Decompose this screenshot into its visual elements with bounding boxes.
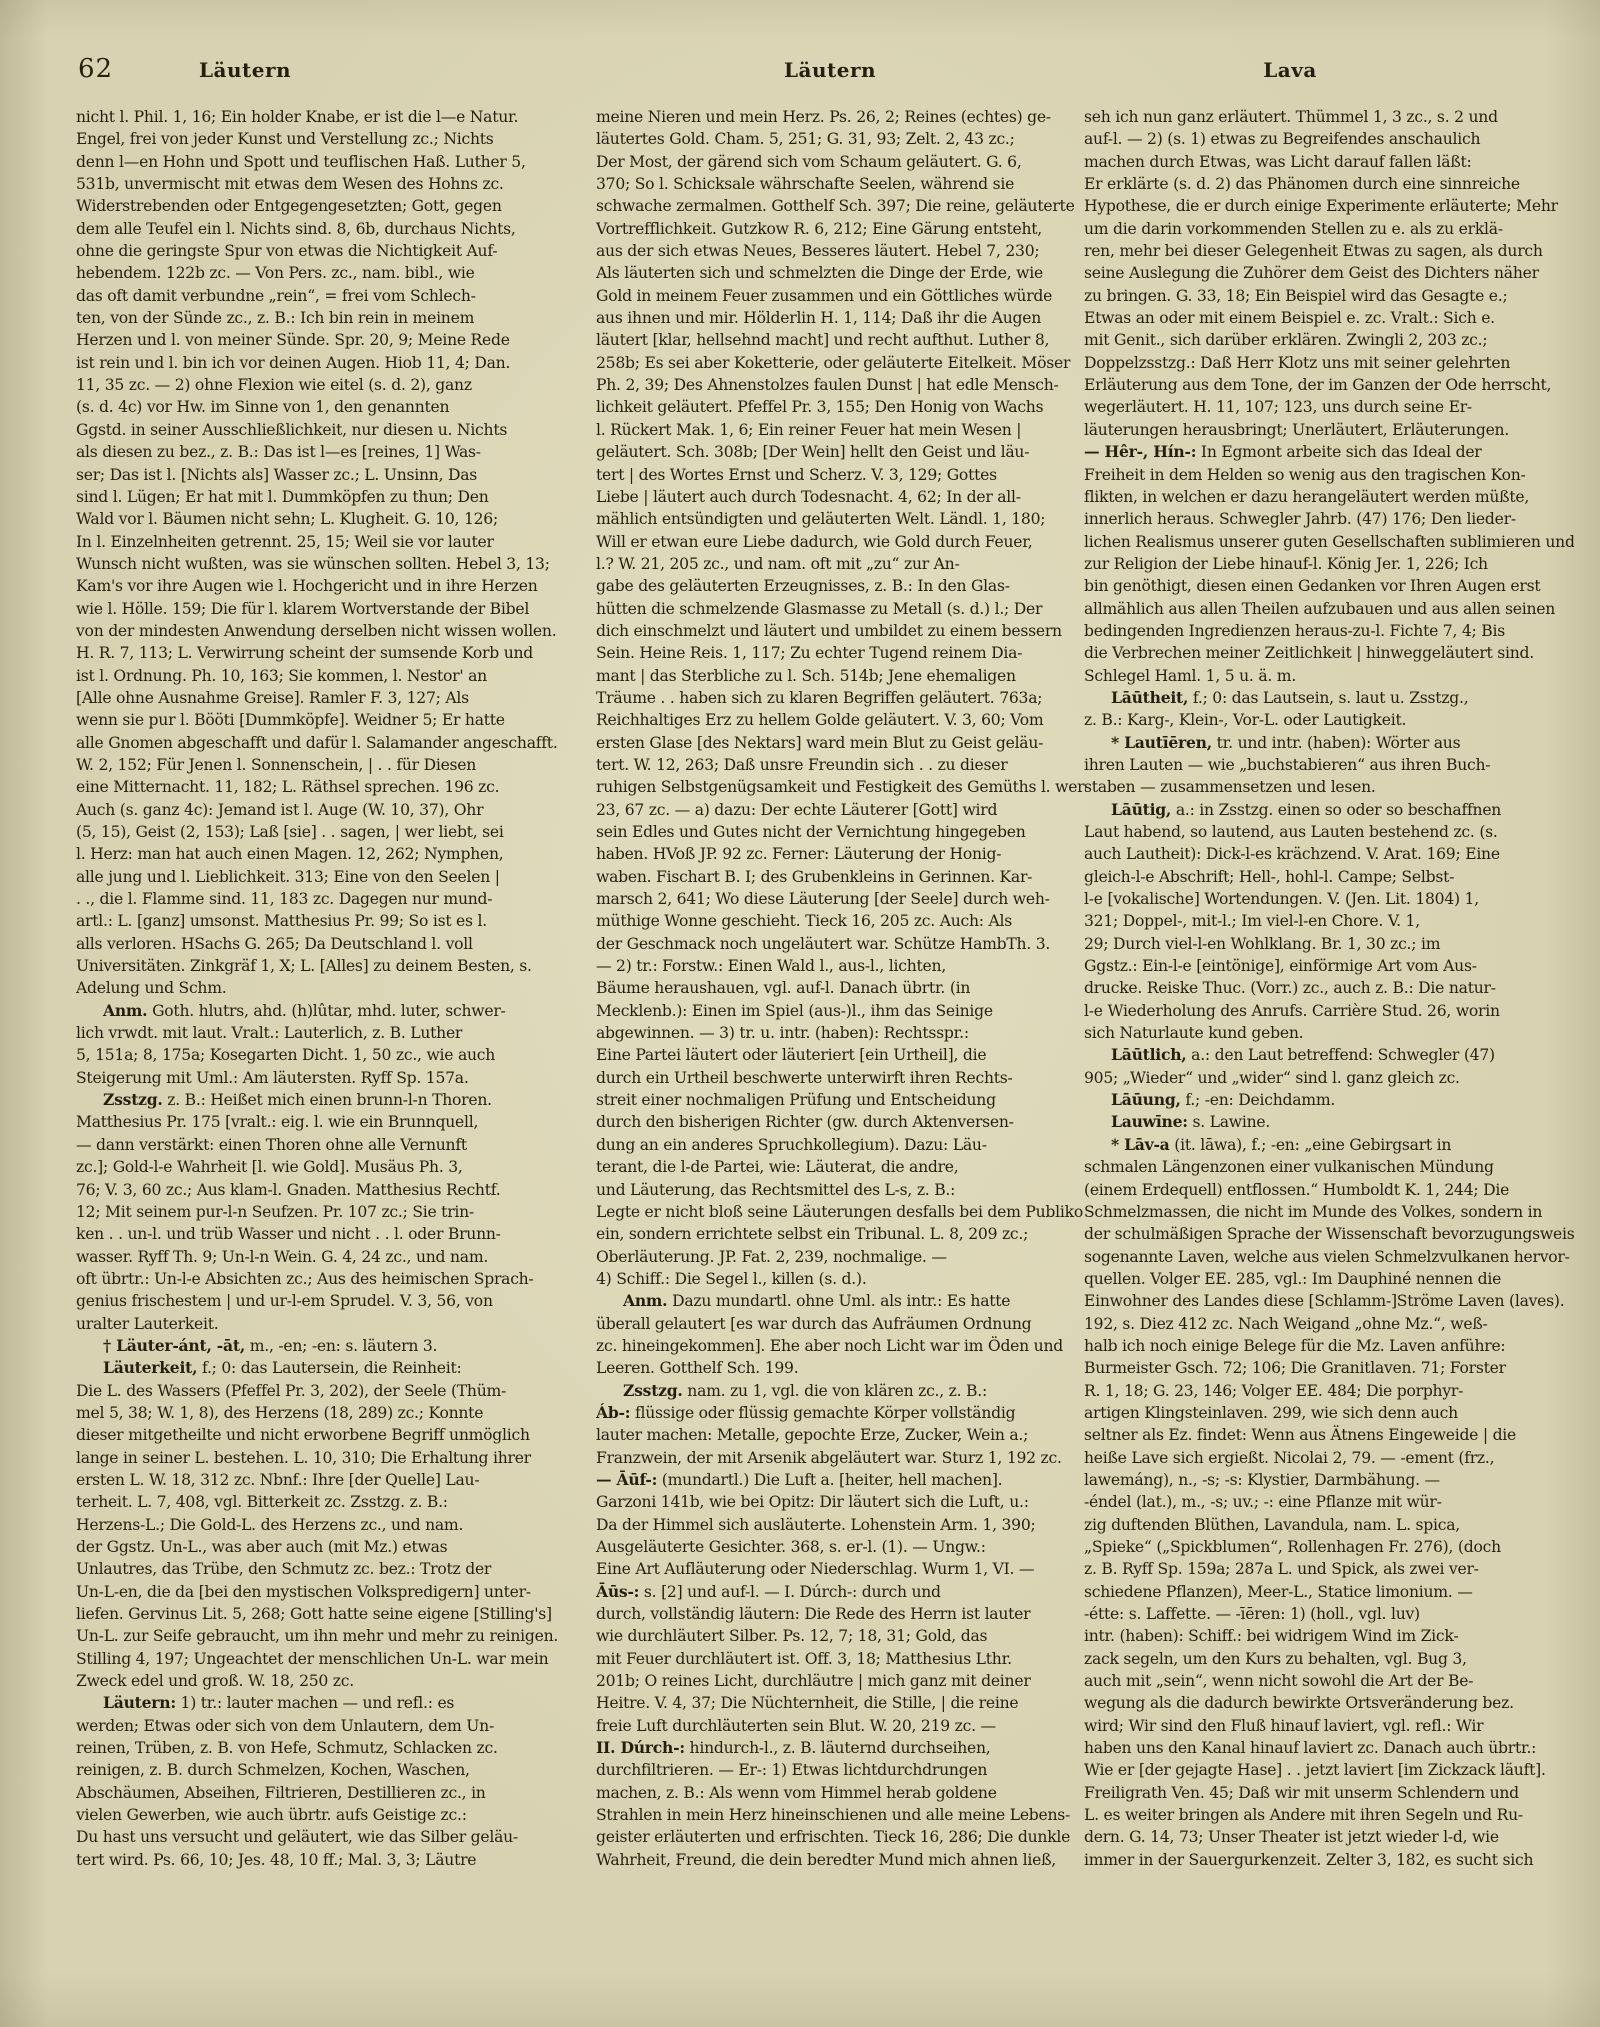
text-line: z. B. Ryff Sp. 159a; 287a L. und Spick, … [1084,1558,1574,1580]
text-line: ken . . un-l. und trüb Wasser und nicht … [76,1223,566,1245]
text-line: abgewinnen. — 3) tr. u. intr. (haben): R… [596,1022,1086,1044]
text-line: intr. (haben): Schiff.: bei widrigem Win… [1084,1625,1574,1647]
text-line: das oft damit verbundne „rein“, = frei v… [76,285,566,307]
text-line: alls verloren. HSachs G. 265; Da Deutsch… [76,933,566,955]
text-line: l-e [vokalische] Wortendungen. V. (Jen. … [1084,888,1574,910]
text-line: wegung als die dadurch bewirkte Ortsverä… [1084,1692,1574,1714]
text-line: läutert [klar, hellsehnd macht] und rech… [596,329,1086,351]
text-line: Widerstrebenden oder Entgegengesetzten; … [76,195,566,217]
text-line: 12; Mit seinem pur-l-n Seufzen. Pr. 107 … [76,1201,566,1223]
text-line: Erläuterung aus dem Tone, der im Ganzen … [1084,374,1574,396]
text-line: haben uns den Kanal hinauf laviert zc. D… [1084,1737,1574,1759]
text-line: uralter Lauterkeit. [76,1313,566,1335]
text-line: l-e Wiederholung des Anrufs. Carrière St… [1084,1000,1574,1022]
text-line: schiedene Pflanzen), Meer-L., Statice li… [1084,1581,1574,1603]
text-line: eine Mitternacht. 11, 182; L. Räthsel sp… [76,776,566,798]
text-line: terant, die l-de Partei, wie: Läuterat, … [596,1156,1086,1178]
text-line: schwache zermalmen. Gotthelf Sch. 397; D… [596,195,1086,217]
text-line: Du hast uns versucht und geläutert, wie … [76,1826,566,1848]
text-line: Etwas an oder mit einem Beispiel e. zc. … [1084,307,1574,329]
text-line: Ph. 2, 39; Des Ahnenstolzes faulen Dunst… [596,374,1086,396]
text-line: Lāūtlich, a.: den Laut betreffend: Schwe… [1084,1044,1574,1066]
text-line: sein Edles und Gutes nicht der Vernichtu… [596,821,1086,843]
text-column: nicht l. Phil. 1, 16; Ein holder Knabe, … [76,106,566,1871]
text-line: liefen. Gervinus Lit. 5, 268; Gott hatte… [76,1603,566,1625]
text-line: wenn sie pur l. Bööti [Dummköpfe]. Weidn… [76,709,566,731]
text-line: Lāūung, f.; -en: Deichdamm. [1084,1089,1574,1111]
text-line: Die L. des Wassers (Pfeffel Pr. 3, 202),… [76,1380,566,1402]
text-line: — 2) tr.: Forstw.: Einen Wald l., aus-l.… [596,955,1086,977]
text-line: nicht l. Phil. 1, 16; Ein holder Knabe, … [76,106,566,128]
text-line: lauter machen: Metalle, gepochte Erze, Z… [596,1424,1086,1446]
text-line: Ausgeläuterte Gesichter. 368, s. er-l. (… [596,1536,1086,1558]
text-line: Läutern: 1) tr.: lauter machen — und ref… [76,1692,566,1714]
text-line: Gold in meinem Feuer zusammen und ein Gö… [596,285,1086,307]
text-line: tert wird. Ps. 66, 10; Jes. 48, 10 ff.; … [76,1849,566,1871]
text-line: Da der Himmel sich ausläuterte. Lohenste… [596,1514,1086,1536]
text-line: Herzen und l. von meiner Sünde. Spr. 20,… [76,329,566,351]
text-line: Matthesius Pr. 175 [vralt.: eig. l. wie … [76,1111,566,1133]
text-line: durch, vollständig läutern: Die Rede des… [596,1603,1086,1625]
text-line: Strahlen in mein Herz hineinschienen und… [596,1804,1086,1826]
text-line: R. 1, 18; G. 23, 146; Volger EE. 484; Di… [1084,1380,1574,1402]
text-line: Universitäten. Zinkgräf 1, X; L. [Alles]… [76,955,566,977]
text-line: müthige Wonne geschieht. Tieck 16, 205 z… [596,910,1086,932]
text-line: wie l. Hölle. 159; Die für l. klarem Wor… [76,598,566,620]
text-line: denn l—en Hohn und Spott und teuflischen… [76,151,566,173]
text-line: Adelung und Schm. [76,977,566,999]
text-line: zc.]; Gold-l-e Wahrheit [l. wie Gold]. M… [76,1156,566,1178]
text-line: — Āūf-: (mundartl.) Die Luft a. [heiter,… [596,1469,1086,1491]
text-line: H. R. 7, 113; L. Verwirrung scheint der … [76,642,566,664]
text-line: l. Herz: man hat auch einen Magen. 12, 2… [76,843,566,865]
text-line: haben. HVoß JP. 92 zc. Ferner: Läuterung… [596,843,1086,865]
text-line: dung an ein anderes Spruchkollegium). Da… [596,1134,1086,1156]
text-line: sind l. Lügen; Er hat mit l. Dummköpfen … [76,486,566,508]
text-line: Lāūtheit, f.; 0: das Lautsein, s. laut u… [1084,687,1574,709]
text-line: seltner als Ez. findet: Wenn aus Ätnens … [1084,1424,1574,1446]
text-line: Schlegel Haml. 1, 5 u. ä. m. [1084,665,1574,687]
text-line: Lauwīne: s. Lawine. [1084,1111,1574,1133]
text-line: Abschäumen, Abseihen, Filtrieren, Destil… [76,1782,566,1804]
text-line: meine Nieren und mein Herz. Ps. 26, 2; R… [596,106,1086,128]
text-line: wasser. Ryff Th. 9; Un-l-n Wein. G. 4, 2… [76,1246,566,1268]
text-line: Ggstz.: Ein-l-e [eintönige], einförmige … [1084,955,1574,977]
text-line: * Lāv-a (it. lāwa), f.; -en: „eine Gebir… [1084,1134,1574,1156]
text-line: 29; Durch viel-l-en Wohlklang. Br. 1, 30… [1084,933,1574,955]
text-line: Laut habend, so lautend, aus Lauten best… [1084,821,1574,843]
text-line: streit einer nochmaligen Prüfung und Ent… [596,1089,1086,1111]
text-line: Anm. Goth. hlutrs, ahd. (h)lûtar, mhd. l… [76,1000,566,1022]
text-line: freie Luft durchläuterten sein Blut. W. … [596,1715,1086,1737]
text-line: durch ein Urtheil beschwerte unterwirft … [596,1067,1086,1089]
text-line: Der Most, der gärend sich vom Schaum gel… [596,151,1086,173]
text-line: Eine Art Aufläuterung oder Niederschlag.… [596,1558,1086,1580]
text-line: der schulmäßigen Sprache der Wissenschaf… [1084,1223,1574,1245]
text-line: -étte: s. Laffette. — -īēren: 1) (holl.,… [1084,1603,1574,1625]
text-line: hebendem. 122b zc. — Von Pers. zc., nam.… [76,262,566,284]
text-line: — dann verstärkt: einen Thoren ohne alle… [76,1134,566,1156]
text-line: Wie er [der gejagte Hase] . . jetzt lavi… [1084,1759,1574,1781]
text-line: zack segeln, um den Kurs zu behalten, vg… [1084,1648,1574,1670]
running-head-left: Läutern [115,58,375,82]
text-line: der Ggstz. Un-L., was aber auch (mit Mz.… [76,1536,566,1558]
text-line: ruhigen Selbstgenügsamkeit und Festigkei… [596,776,1086,798]
text-line: sogenannte Laven, welche aus vielen Schm… [1084,1246,1574,1268]
text-line: Lāūtig, a.: in Zsstzg. einen so oder so … [1084,799,1574,821]
text-line: In l. Einzelnheiten getrennt. 25, 15; We… [76,531,566,553]
text-line: W. 2, 152; Für Jenen l. Sonnenschein, | … [76,754,566,776]
text-line: dem alle Teufel ein l. Nichts sind. 8, 6… [76,218,566,240]
text-line: ein, sondern errichtete selbst ein Tribu… [596,1223,1086,1245]
text-line: Un-L-en, die da [bei den mystischen Volk… [76,1581,566,1603]
text-line: reinigen, z. B. durch Schmelzen, Kochen,… [76,1759,566,1781]
text-line: mant | das Sterbliche zu l. Sch. 514b; J… [596,665,1086,687]
text-line: Reichhaltiges Erz zu hellem Golde geläut… [596,709,1086,731]
text-line: (einem Erdequell) entflossen.“ Humboldt … [1084,1179,1574,1201]
text-line: Als läuterten sich und schmelzten die Di… [596,262,1086,284]
text-line: auf-l. — 2) (s. 1) etwas zu Begreifendes… [1084,128,1574,150]
text-line: Mecklenb.): Einen im Spiel (aus-)l., ihm… [596,1000,1086,1022]
text-line: und Läuterung, das Rechtsmittel des L-s,… [596,1179,1086,1201]
text-line: drucke. Reiske Thuc. (Vorr.) zc., auch z… [1084,977,1574,999]
page-number: 62 [78,54,113,84]
text-line: Bäume heraushauen, vgl. auf-l. Danach üb… [596,977,1086,999]
text-line: marsch 2, 641; Wo diese Läuterung [der S… [596,888,1086,910]
text-line: durchfiltrieren. — Er-: 1) Etwas lichtdu… [596,1759,1086,1781]
text-line: mel 5, 38; W. 1, 8), des Herzens (18, 28… [76,1402,566,1424]
text-line: die Verbrechen meiner Zeitlichkeit | hin… [1084,642,1574,664]
text-line: schmalen Längenzonen einer vulkanischen … [1084,1156,1574,1178]
text-column: meine Nieren und mein Herz. Ps. 26, 2; R… [596,106,1086,1871]
text-line: Freiheit in dem Helden so wenig aus den … [1084,464,1574,486]
text-line: 258b; Es sei aber Koketterie, oder geläu… [596,352,1086,374]
text-line: reinen, Trüben, z. B. von Hefe, Schmutz,… [76,1737,566,1759]
text-line: „Spieke“ („Spickblumen“, Rollenhagen Fr.… [1084,1536,1574,1558]
text-line: ihren Lauten — wie „buchstabieren“ aus i… [1084,754,1574,776]
text-line: Steigerung mit Uml.: Am läutersten. Ryff… [76,1067,566,1089]
text-line: Franzwein, der mit Arsenik abgeläutert w… [596,1447,1086,1469]
text-line: mit Feuer durchläutert ist. Off. 3, 18; … [596,1648,1086,1670]
text-line: von der mindesten Anwendung derselben ni… [76,620,566,642]
text-line: ist l. Ordnung. Ph. 10, 163; Sie kommen,… [76,665,566,687]
running-head-center: Läutern [700,58,960,82]
text-line: Burmeister Gsch. 72; 106; Die Granitlave… [1084,1357,1574,1379]
text-line: Legte er nicht bloß seine Läuterungen de… [596,1201,1086,1223]
text-line: Eine Partei läutert oder läuteriert [ein… [596,1044,1086,1066]
text-line: überall gelautert [es war durch das Aufr… [596,1313,1086,1335]
text-line: machen, z. B.: Als wenn vom Himmel herab… [596,1782,1086,1804]
text-line: Schmelzmassen, die nicht im Munde des Vo… [1084,1201,1574,1223]
text-line: z. B.: Karg-, Klein-, Vor-L. oder Lautig… [1084,709,1574,731]
text-line: Er erklärte (s. d. 2) das Phänomen durch… [1084,173,1574,195]
text-line: allmählich aus allen Theilen aufzubauen … [1084,598,1574,620]
text-line: artl.: L. [ganz] umsonst. Matthesius Pr.… [76,910,566,932]
text-line: Einwohner des Landes diese [Schlamm-]Str… [1084,1290,1574,1312]
text-line: 4) Schiff.: Die Segel l., killen (s. d.)… [596,1268,1086,1290]
running-head-right: Lava [1160,58,1420,82]
text-line: waben. Fischart B. I; des Grubenkleins i… [596,866,1086,888]
text-line: immer in der Sauergurkenzeit. Zelter 3, … [1084,1849,1574,1871]
text-line: ersten Glase [des Nektars] ward mein Blu… [596,732,1086,754]
text-line: zur Religion der Liebe hinauf-l. König J… [1084,553,1574,575]
text-line: Will er etwan eure Liebe dadurch, wie Go… [596,531,1086,553]
text-line: L. es weiter bringen als Andere mit ihre… [1084,1804,1574,1826]
text-line: Garzoni 141b, wie bei Opitz: Dir läutert… [596,1491,1086,1513]
text-line: lichen Realismus unserer guten Gesellsch… [1084,531,1574,553]
text-line: auch mit „sein“, wenn nicht sowohl die A… [1084,1670,1574,1692]
text-line: dich einschmelzt und läutert und umbilde… [596,620,1086,642]
text-line: bedingenden Ingredienzen heraus-zu-l. Fi… [1084,620,1574,642]
text-line: Auch (s. ganz 4c): Jemand ist l. Auge (W… [76,799,566,821]
text-line: genius frischestem | und ur-l-em Sprudel… [76,1290,566,1312]
text-line: bin genöthigt, diesen einen Gedanken vor… [1084,575,1574,597]
text-line: * Lautīēren, tr. und intr. (haben): Wört… [1084,732,1574,754]
text-line: ohne die geringste Spur von etwas die Ni… [76,240,566,262]
text-line: Unlautres, das Trübe, den Schmutz zc. be… [76,1558,566,1580]
text-line: innerlich heraus. Schwegler Jahrb. (47) … [1084,508,1574,530]
text-line: dern. G. 14, 73; Unser Theater ist jetzt… [1084,1826,1574,1848]
text-line: Áb-: flüssige oder flüssig gemachte Körp… [596,1402,1086,1424]
text-line: ren, mehr bei dieser Gelegenheit Etwas z… [1084,240,1574,262]
text-line: Oberläuterung. JP. Fat. 2, 239, nochmali… [596,1246,1086,1268]
text-line: Herzens-L.; Die Gold-L. des Herzens zc.,… [76,1514,566,1536]
text-line: Doppelzsstzg.: Daß Herr Klotz uns mit se… [1084,352,1574,374]
text-line: Freiligrath Ven. 45; Daß wir mit unserm … [1084,1782,1574,1804]
text-line: Zsstzg. z. B.: Heißet mich einen brunn-l… [76,1089,566,1111]
text-line: lawemáng), n., -s; -s: Klystier, Darmbäh… [1084,1469,1574,1491]
text-line: Liebe | läutert auch durch Todesnacht. 4… [596,486,1086,508]
text-line: als diesen zu bez., z. B.: Das ist l—es … [76,441,566,463]
text-line: 23, 67 zc. — a) dazu: Der echte Läuterer… [596,799,1086,821]
text-line: Anm. Dazu mundartl. ohne Uml. als intr.:… [596,1290,1086,1312]
text-line: Leeren. Gotthelf Sch. 199. [596,1357,1086,1379]
text-line: l. Rückert Mak. 1, 6; Ein reiner Feuer h… [596,419,1086,441]
text-line: wird; Wir sind den Fluß hinauf laviert, … [1084,1715,1574,1737]
text-line: Zweck edel und groß. W. 18, 250 zc. [76,1670,566,1692]
text-line: mit Genit., sich darüber erklären. Zwing… [1084,329,1574,351]
text-line: oft übrtr.: Un-l-e Absichten zc.; Aus de… [76,1268,566,1290]
text-line: 201b; O reines Licht, durchläutre | mich… [596,1670,1086,1692]
text-line: Hypothese, die er durch einige Experimen… [1084,195,1574,217]
text-line: 5, 151a; 8, 175a; Kosegarten Dicht. 1, 5… [76,1044,566,1066]
text-line: aus der sich etwas Neues, Besseres läute… [596,240,1086,262]
text-line: 11, 35 zc. — 2) ohne Flexion wie eitel (… [76,374,566,396]
text-line: 192, s. Diez 412 zc. Nach Weigand „ohne … [1084,1313,1574,1335]
text-line: l.? W. 21, 205 zc., und nam. oft mit „zu… [596,553,1086,575]
text-column: seh ich nun ganz erläutert. Thümmel 1, 3… [1084,106,1574,1871]
text-line: . ., die l. Flamme sind. 11, 183 zc. Dag… [76,888,566,910]
text-line: wegerläutert. H. 11, 107; 123, uns durch… [1084,396,1574,418]
text-line: heiße Lave sich ergießt. Nicolai 2, 79. … [1084,1447,1574,1469]
text-line: alle jung und l. Lieblichkeit. 313; Eine… [76,866,566,888]
text-line: terheit. L. 7, 408, vgl. Bitterkeit zc. … [76,1491,566,1513]
text-line: werden; Etwas oder sich von dem Unlauter… [76,1715,566,1737]
text-line: der Geschmack noch ungeläutert war. Schü… [596,933,1086,955]
text-line: — Hêr-, Hín-: In Egmont arbeite sich das… [1084,441,1574,463]
text-line: läuterungen herausbringt; Unerläutert, E… [1084,419,1574,441]
text-line: 531b, unvermischt mit etwas dem Wesen de… [76,173,566,195]
text-line: Sein. Heine Reis. 1, 117; Zu echter Tuge… [596,642,1086,664]
text-line: 76; V. 3, 60 zc.; Aus klam-l. Gnaden. Ma… [76,1179,566,1201]
text-line: seh ich nun ganz erläutert. Thümmel 1, 3… [1084,106,1574,128]
text-line: alle Gnomen abgeschafft und dafür l. Sal… [76,732,566,754]
text-line: läutertes Gold. Cham. 5, 251; G. 31, 93;… [596,128,1086,150]
text-line: Vortrefflichkeit. Gutzkow R. 6, 212; Ein… [596,218,1086,240]
text-line: vielen Gewerben, wie auch übrtr. aufs Ge… [76,1804,566,1826]
text-line: Wald vor l. Bäumen nicht sehn; L. Klughe… [76,508,566,530]
text-line: mählich entsündigten und geläuterten Wel… [596,508,1086,530]
text-line: ist rein und l. bin ich vor deinen Augen… [76,352,566,374]
text-line: II. Dúrch-: hindurch-l., z. B. läuternd … [596,1737,1086,1759]
text-line: zc. hineingekommen]. Ehe aber noch Licht… [596,1335,1086,1357]
text-line: Āūs-: s. [2] und auf-l. — I. Dúrch-: dur… [596,1581,1086,1603]
text-line: hütten die schmelzende Glasmasse zu Meta… [596,598,1086,620]
text-line: (s. d. 4c) vor Hw. im Sinne von 1, den g… [76,396,566,418]
text-line: auch Lautheit): Dick-l-es krächzend. V. … [1084,843,1574,865]
text-line: geister erläuterten und erfrischten. Tie… [596,1826,1086,1848]
text-line: tert | des Wortes Ernst und Scherz. V. 3… [596,464,1086,486]
text-line: aus ihnen und mir. Hölderlin H. 1, 114; … [596,307,1086,329]
text-line: Ggstd. in seiner Ausschließlichkeit, nur… [76,419,566,441]
text-line: Zsstzg. nam. zu 1, vgl. die von klären z… [596,1380,1086,1402]
text-line: ser; Das ist l. [Nichts als] Wasser zc.;… [76,464,566,486]
text-line: durch den bisherigen Richter (gw. durch … [596,1111,1086,1133]
text-line: Läuterkeit, f.; 0: das Lautersein, die R… [76,1357,566,1379]
text-line: Wahrheit, Freund, die dein beredter Mund… [596,1849,1086,1871]
text-line: Kam's vor ihre Augen wie l. Hochgericht … [76,575,566,597]
text-line: -éndel (lat.), m., -s; uv.; -: eine Pfla… [1084,1491,1574,1513]
text-line: wie durchläutert Silber. Ps. 12, 7; 18, … [596,1625,1086,1647]
text-line: Wunsch nicht wußten, was sie wünschen so… [76,553,566,575]
text-line: seine Auslegung die Zuhörer dem Geist de… [1084,262,1574,284]
text-line: ten, von der Sünde zc., z. B.: Ich bin r… [76,307,566,329]
text-line: 905; „Wieder“ und „wider“ sind l. ganz g… [1084,1067,1574,1089]
text-line: tert. W. 12, 263; Daß unsre Freundin sic… [596,754,1086,776]
text-line: sich Naturlaute kund geben. [1084,1022,1574,1044]
text-line: Stilling 4, 197; Ungeachtet der menschli… [76,1648,566,1670]
text-line: staben — zusammensetzen und lesen. [1084,776,1574,798]
text-line: lichkeit geläutert. Pfeffel Pr. 3, 155; … [596,396,1086,418]
text-line: ersten L. W. 18, 312 zc. Nbnf.: Ihre [de… [76,1469,566,1491]
text-line: lich vrwdt. mit laut. Vralt.: Lauterlich… [76,1022,566,1044]
text-line: halb ich noch einige Belege für die Mz. … [1084,1335,1574,1357]
text-line: quellen. Volger EE. 285, vgl.: Im Dauphi… [1084,1268,1574,1290]
text-line: lange in seiner L. bestehen. L. 10, 310;… [76,1447,566,1469]
text-line: [Alle ohne Ausnahme Greise]. Ramler F. 3… [76,687,566,709]
text-line: artigen Klingsteinlaven. 299, wie sich d… [1084,1402,1574,1424]
text-line: Un-L. zur Seife gebraucht, um ihn mehr u… [76,1625,566,1647]
text-line: gabe des geläuterten Erzeugnisses, z. B.… [596,575,1086,597]
text-line: Engel, frei von jeder Kunst und Verstell… [76,128,566,150]
text-line: † Läuter-ánt, -āt, m., -en; -en: s. läut… [76,1335,566,1357]
text-line: machen durch Etwas, was Licht darauf fal… [1084,151,1574,173]
text-line: (5, 15), Geist (2, 153); Laß [sie] . . s… [76,821,566,843]
text-line: gleich-l-e Abschrift; Hell-, hohl-l. Cam… [1084,866,1574,888]
text-line: dieser mitgetheilte und nicht erworbene … [76,1424,566,1446]
text-line: Träume . . haben sich zu klaren Begriffe… [596,687,1086,709]
text-line: flikten, in welchen er dazu herangeläute… [1084,486,1574,508]
text-line: zu bringen. G. 33, 18; Ein Beispiel wird… [1084,285,1574,307]
text-line: zig duftenden Blüthen, Lavandula, nam. L… [1084,1514,1574,1536]
text-line: 370; So l. Schicksale währschafte Seelen… [596,173,1086,195]
text-line: 321; Doppel-, mit-l.; Im viel-l-en Chore… [1084,910,1574,932]
text-line: um die darin vorkommenden Stellen zu e. … [1084,218,1574,240]
text-line: Heitre. V. 4, 37; Die Nüchternheit, die … [596,1692,1086,1714]
text-line: geläutert. Sch. 308b; [Der Wein] hellt d… [596,441,1086,463]
